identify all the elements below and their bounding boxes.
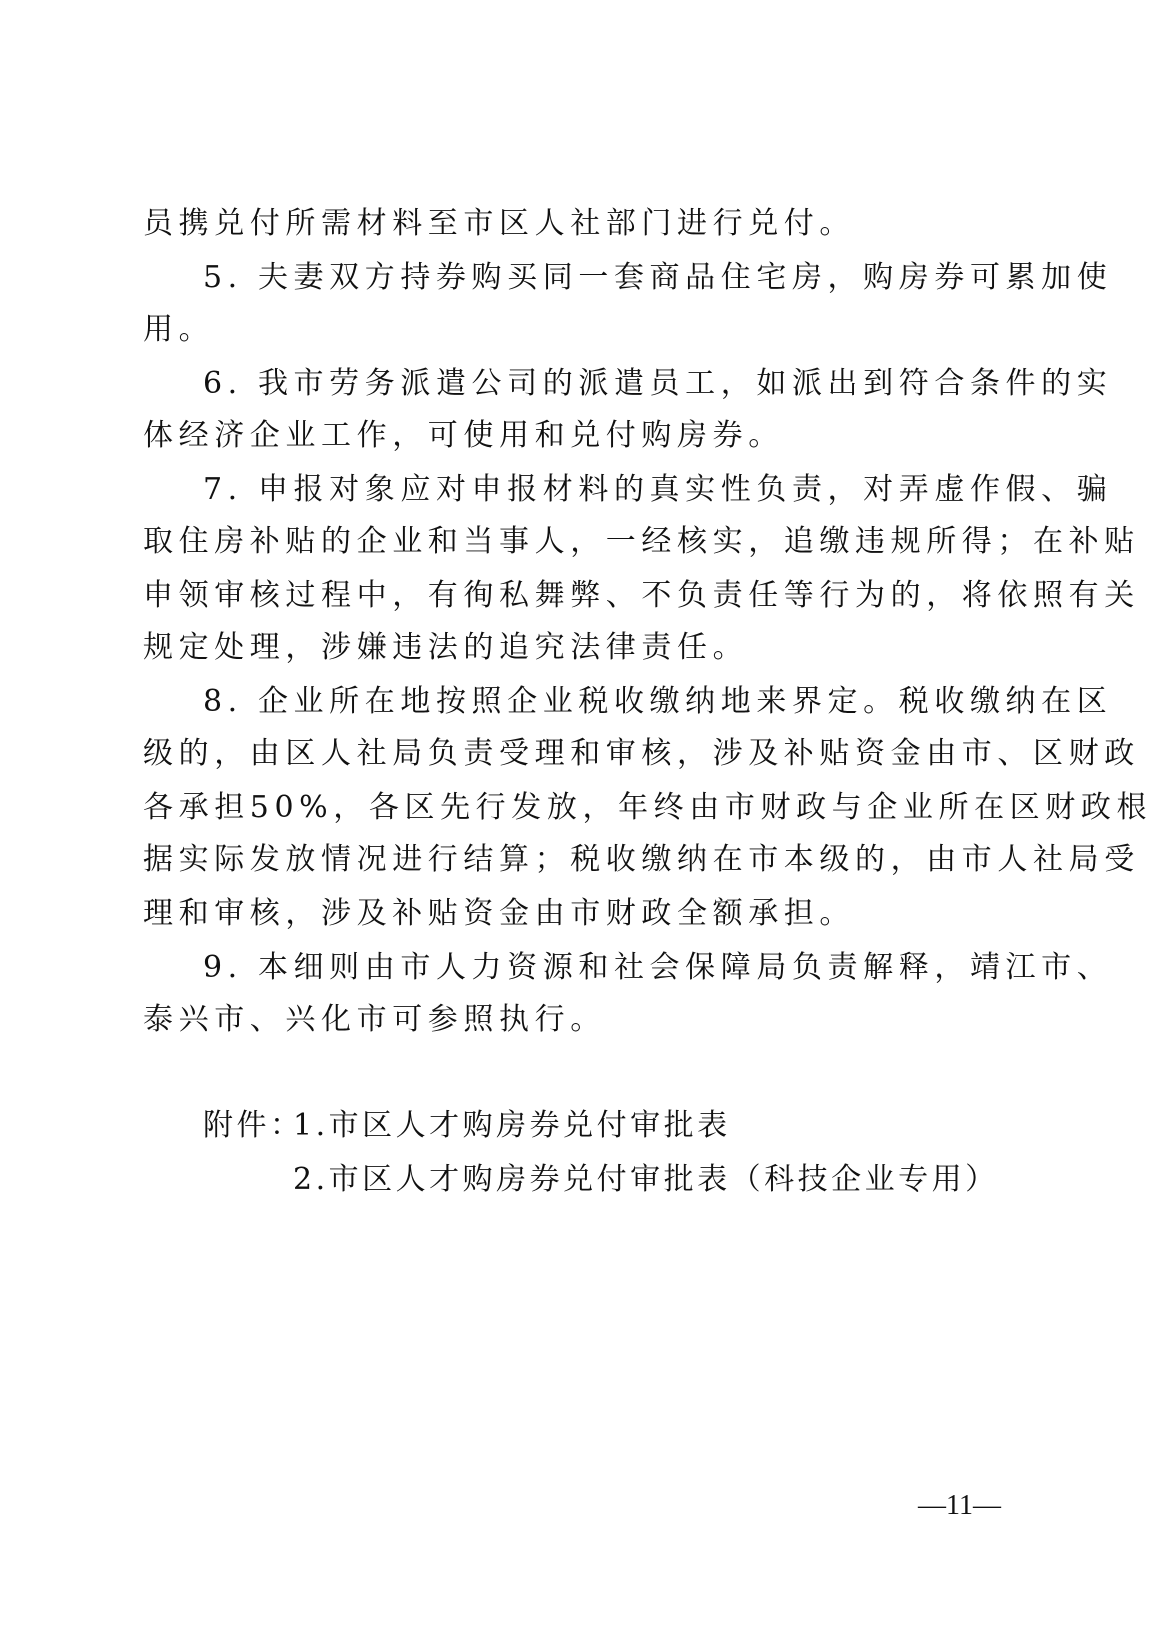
paragraph-7-line-1: 7. 申报对象应对申报材料的真实性负责，对弄虚作假、骗 bbox=[203, 470, 973, 510]
attachment-item-2: 2.市区人才购房券兑付审批表（科技企业专用） bbox=[293, 1160, 999, 1200]
paragraph-7-line-2: 取住房补贴的企业和当事人，一经核实，追缴违规所得；在补贴 bbox=[143, 522, 973, 562]
paragraph-8-line-3: 各承担50%，各区先行发放，年终由市财政与企业所在区财政根 bbox=[143, 788, 973, 828]
paragraph-7-line-3: 申领审核过程中，有徇私舞弊、不负责任等行为的，将依照有关 bbox=[143, 576, 973, 616]
paragraph-6-line-1: 6. 我市劳务派遣公司的派遣员工，如派出到符合条件的实 bbox=[203, 364, 973, 404]
paragraph-4-line-1: 员携兑付所需材料至市区人社部门进行兑付。 bbox=[143, 204, 855, 244]
paragraph-6-line-2: 体经济企业工作，可使用和兑付购房券。 bbox=[143, 416, 784, 456]
document-page: 员携兑付所需材料至市区人社部门进行兑付。 5. 夫妻双方持券购买同一套商品住宅房… bbox=[0, 0, 1158, 1637]
attachment-item-1: 1.市区人才购房券兑付审批表 bbox=[293, 1106, 731, 1146]
page-number: —11— bbox=[918, 1488, 1001, 1524]
paragraph-8-line-4: 据实际发放情况进行结算；税收缴纳在市本级的，由市人社局受 bbox=[143, 840, 973, 880]
paragraph-5-line-1: 5. 夫妻双方持券购买同一套商品住宅房，购房券可累加使 bbox=[203, 258, 973, 298]
paragraph-8-line-1: 8. 企业所在地按照企业税收缴纳地来界定。税收缴纳在区 bbox=[203, 682, 973, 722]
attachments-label: 附件： bbox=[203, 1106, 304, 1146]
paragraph-8-line-2: 级的，由区人社局负责受理和审核，涉及补贴资金由市、区财政 bbox=[143, 734, 973, 774]
paragraph-8-line-5: 理和审核，涉及补贴资金由市财政全额承担。 bbox=[143, 894, 855, 934]
paragraph-9-line-1: 9. 本细则由市人力资源和社会保障局负责解释，靖江市、 bbox=[203, 948, 973, 988]
paragraph-9-line-2: 泰兴市、兴化市可参照执行。 bbox=[143, 1000, 606, 1040]
paragraph-5-line-2: 用。 bbox=[143, 310, 214, 350]
paragraph-7-line-4: 规定处理，涉嫌违法的追究法律责任。 bbox=[143, 628, 748, 668]
